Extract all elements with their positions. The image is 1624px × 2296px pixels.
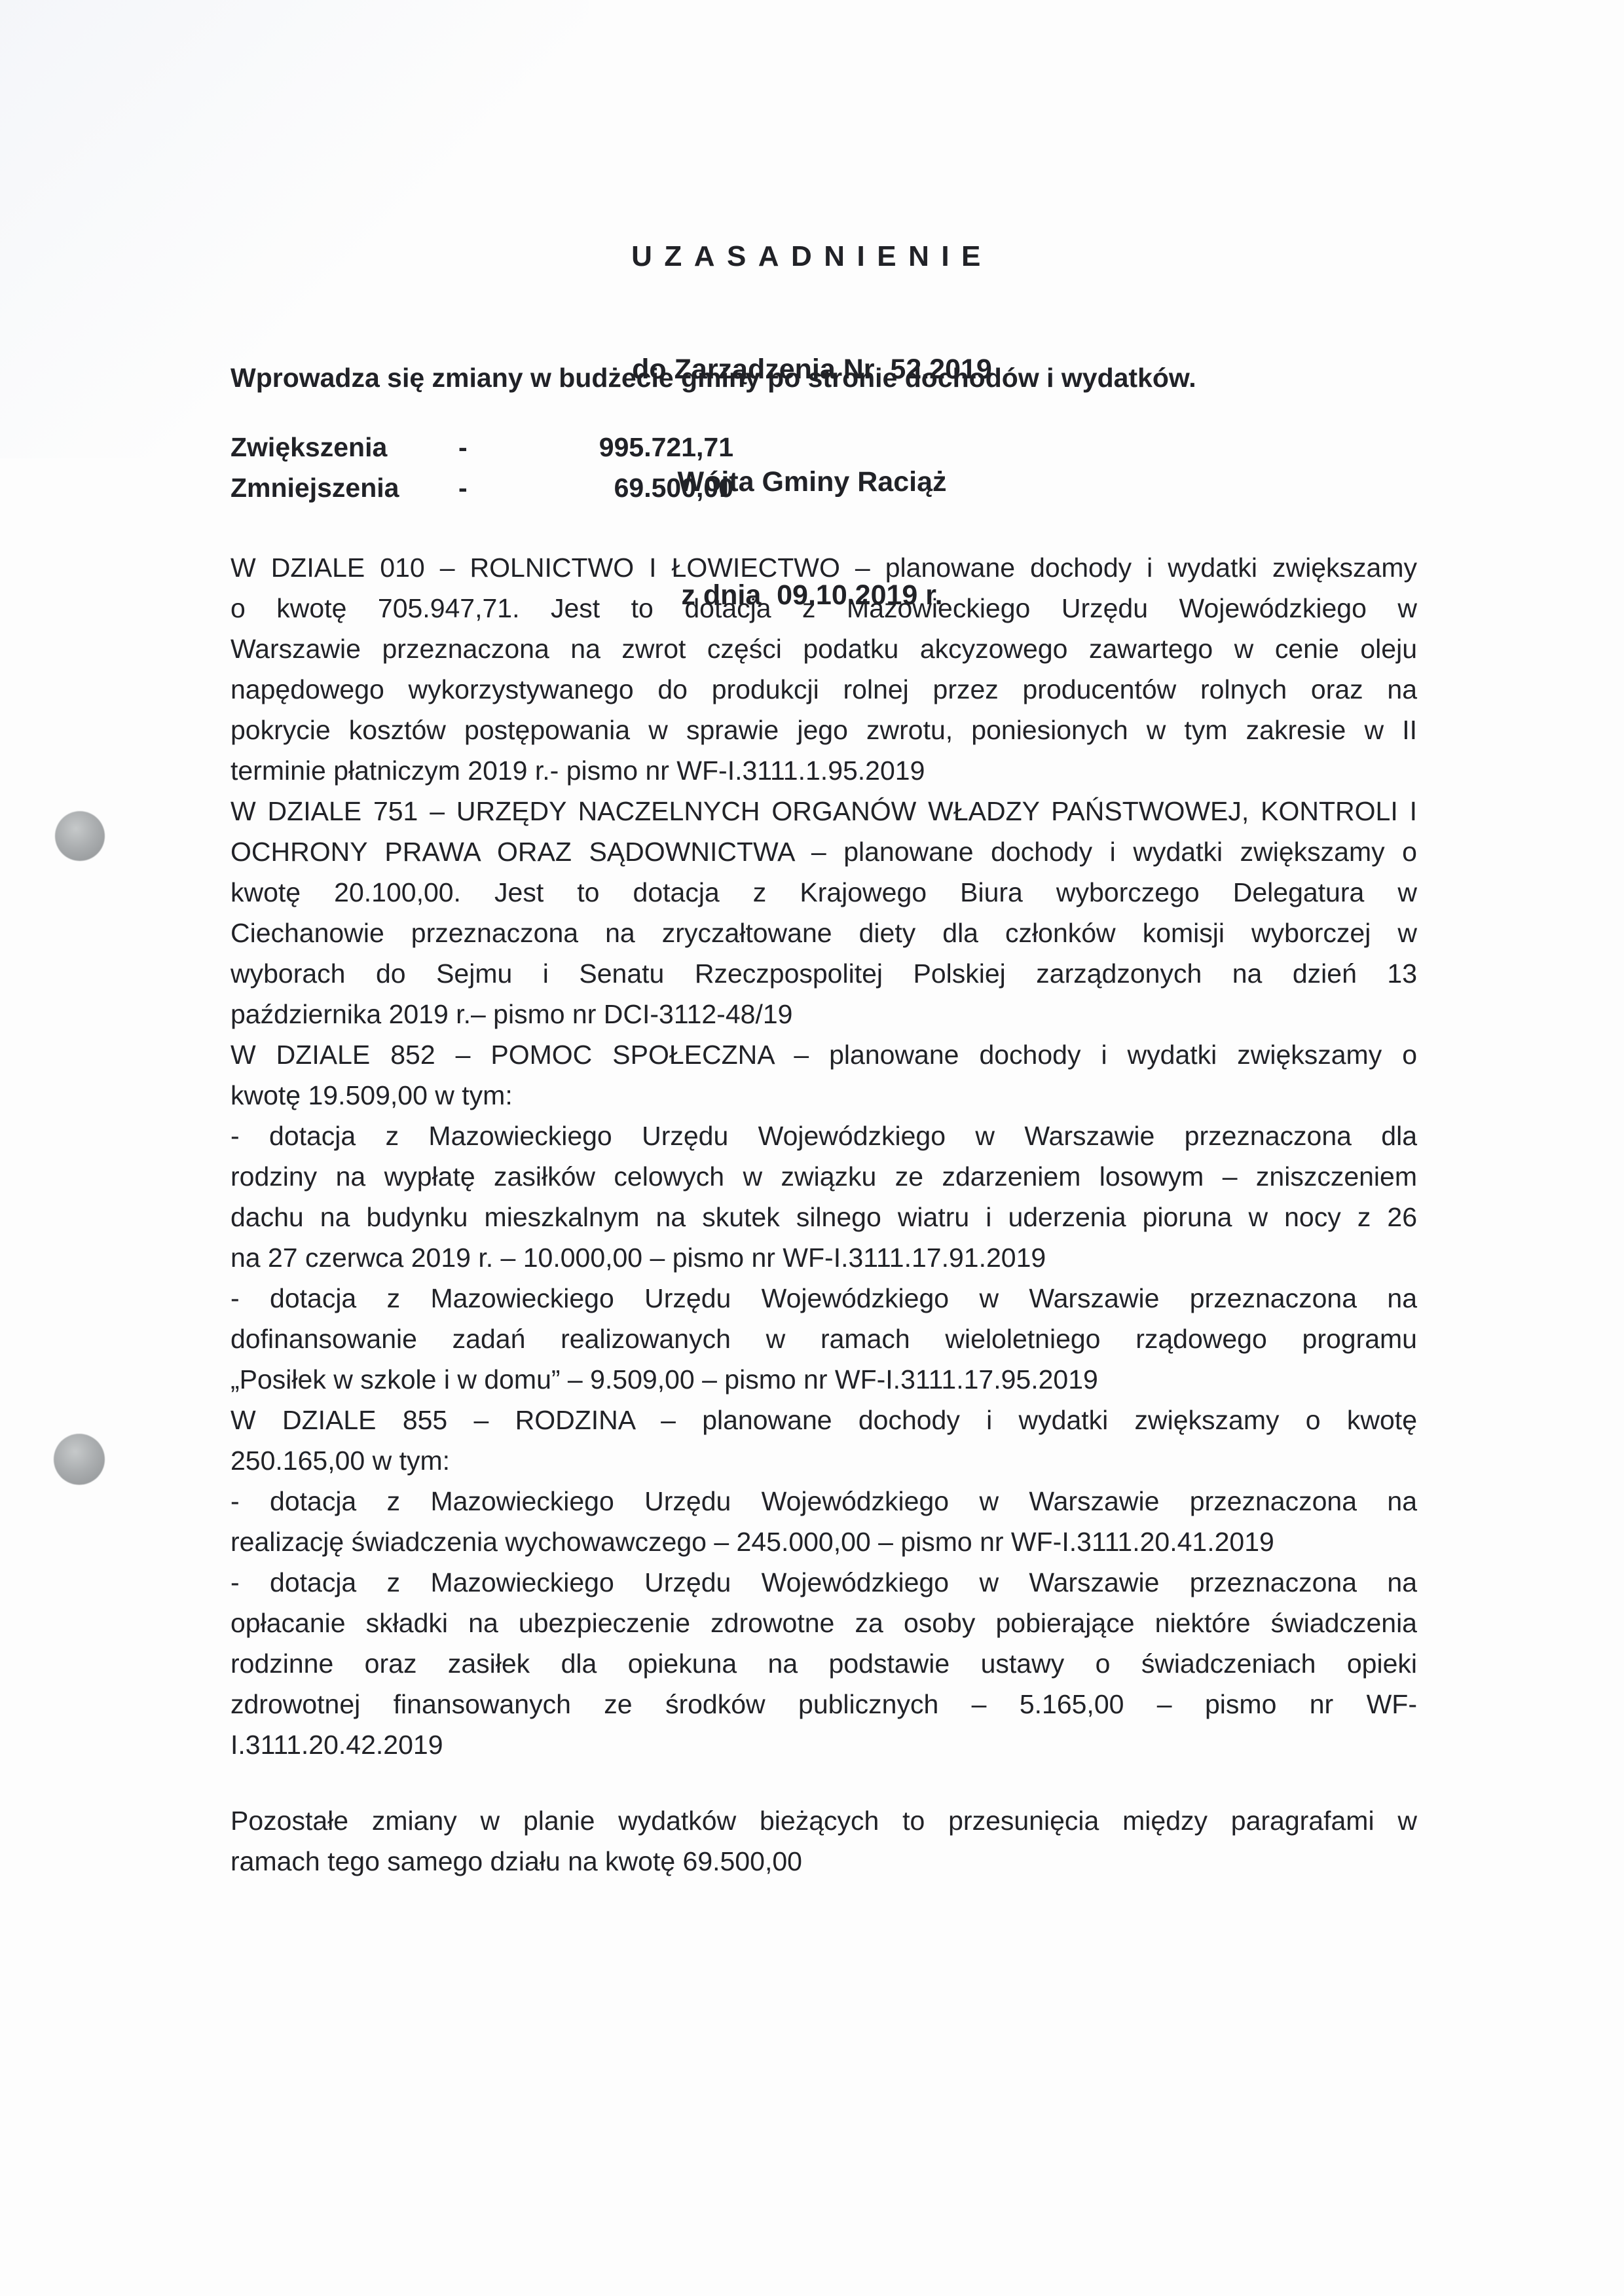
body-line: „Posiłek w szkole i w domu” – 9.509,00 –… — [231, 1359, 1417, 1400]
body-line: dachu na budynku mieszkalnym na skutek s… — [231, 1197, 1417, 1237]
body-line: kwotę 20.100,00. Jest to dotacja z Krajo… — [231, 872, 1417, 913]
body-line: o kwotę 705.947,71. Jest to dotacja z Ma… — [231, 588, 1417, 629]
amount-label-increase: Zwiększenia — [231, 427, 458, 467]
body-line: opłacanie składki na ubezpieczenie zdrow… — [231, 1603, 1417, 1643]
body-line: października 2019 r.– pismo nr DCI-3112-… — [231, 994, 1417, 1034]
amount-value-decrease: 69.500,00 — [485, 467, 733, 508]
body-line: rodzinne oraz zasiłek dla opiekuna na po… — [231, 1643, 1417, 1684]
closing-line: ramach tego samego działu na kwotę 69.50… — [231, 1841, 1417, 1882]
body-line: I.3111.20.42.2019 — [231, 1724, 1417, 1765]
body-line: terminie płatniczym 2019 r.- pismo nr WF… — [231, 750, 1417, 791]
body-line: wyborach do Sejmu i Senatu Rzeczpospolit… — [231, 953, 1417, 994]
amount-row-increase: Zwiększenia - 995.721,71 — [231, 427, 820, 467]
amount-dash: - — [458, 427, 485, 467]
body-paragraphs: W DZIALE 010 – ROLNICTWO I ŁOWIECTWO – p… — [231, 547, 1417, 1765]
body-line: zdrowotnej finansowanych ze środków publ… — [231, 1684, 1417, 1724]
amounts-table: Zwiększenia - 995.721,71 Zmniejszenia - … — [231, 427, 820, 508]
body-line: na 27 czerwca 2019 r. – 10.000,00 – pism… — [231, 1237, 1417, 1278]
scanned-document-page: UZASADNIENIE do Zarządzenia Nr 52.2019 W… — [0, 0, 1624, 2296]
body-line: pokrycie kosztów postępowania w sprawie … — [231, 710, 1417, 750]
body-line: rodziny na wypłatę zasiłków celowych w z… — [231, 1156, 1417, 1197]
body-line: W DZIALE 751 – URZĘDY NACZELNYCH ORGANÓW… — [231, 791, 1417, 831]
body-line: W DZIALE 010 – ROLNICTWO I ŁOWIECTWO – p… — [231, 547, 1417, 588]
amount-dash: - — [458, 467, 485, 508]
amount-row-decrease: Zmniejszenia - 69.500,00 — [231, 467, 820, 508]
intro-paragraph: Wprowadza się zmiany w budżecie gminy po… — [231, 358, 1417, 397]
hole-punch-bottom — [54, 1434, 105, 1485]
body-line: OCHRONY PRAWA ORAZ SĄDOWNICTWA – planowa… — [231, 831, 1417, 872]
hole-punch-top — [55, 811, 105, 861]
amount-label-decrease: Zmniejszenia — [231, 467, 458, 508]
body-line: kwotę 19.509,00 w tym: — [231, 1075, 1417, 1116]
body-line: - dotacja z Mazowieckiego Urzędu Wojewód… — [231, 1562, 1417, 1603]
body-line: - dotacja z Mazowieckiego Urzędu Wojewód… — [231, 1116, 1417, 1156]
body-line: Warszawie przeznaczona na zwrot części p… — [231, 629, 1417, 669]
body-line: W DZIALE 855 – RODZINA – planowane docho… — [231, 1400, 1417, 1440]
closing-paragraph: Pozostałe zmiany w planie wydatków bieżą… — [231, 1800, 1417, 1882]
closing-line: Pozostałe zmiany w planie wydatków bieżą… — [231, 1800, 1417, 1841]
body-line: dofinansowanie zadań realizowanych w ram… — [231, 1319, 1417, 1359]
body-line: napędowego wykorzystywanego do produkcji… — [231, 669, 1417, 710]
body-line: Ciechanowie przeznaczona na zryczałtowan… — [231, 913, 1417, 953]
body-line: realizację świadczenia wychowawczego – 2… — [231, 1522, 1417, 1562]
amount-value-increase: 995.721,71 — [485, 427, 733, 467]
body-line: - dotacja z Mazowieckiego Urzędu Wojewód… — [231, 1278, 1417, 1319]
document-title: UZASADNIENIE — [0, 238, 1624, 276]
body-line: W DZIALE 852 – POMOC SPOŁECZNA – planowa… — [231, 1034, 1417, 1075]
body-line: - dotacja z Mazowieckiego Urzędu Wojewód… — [231, 1481, 1417, 1522]
body-line: 250.165,00 w tym: — [231, 1440, 1417, 1481]
